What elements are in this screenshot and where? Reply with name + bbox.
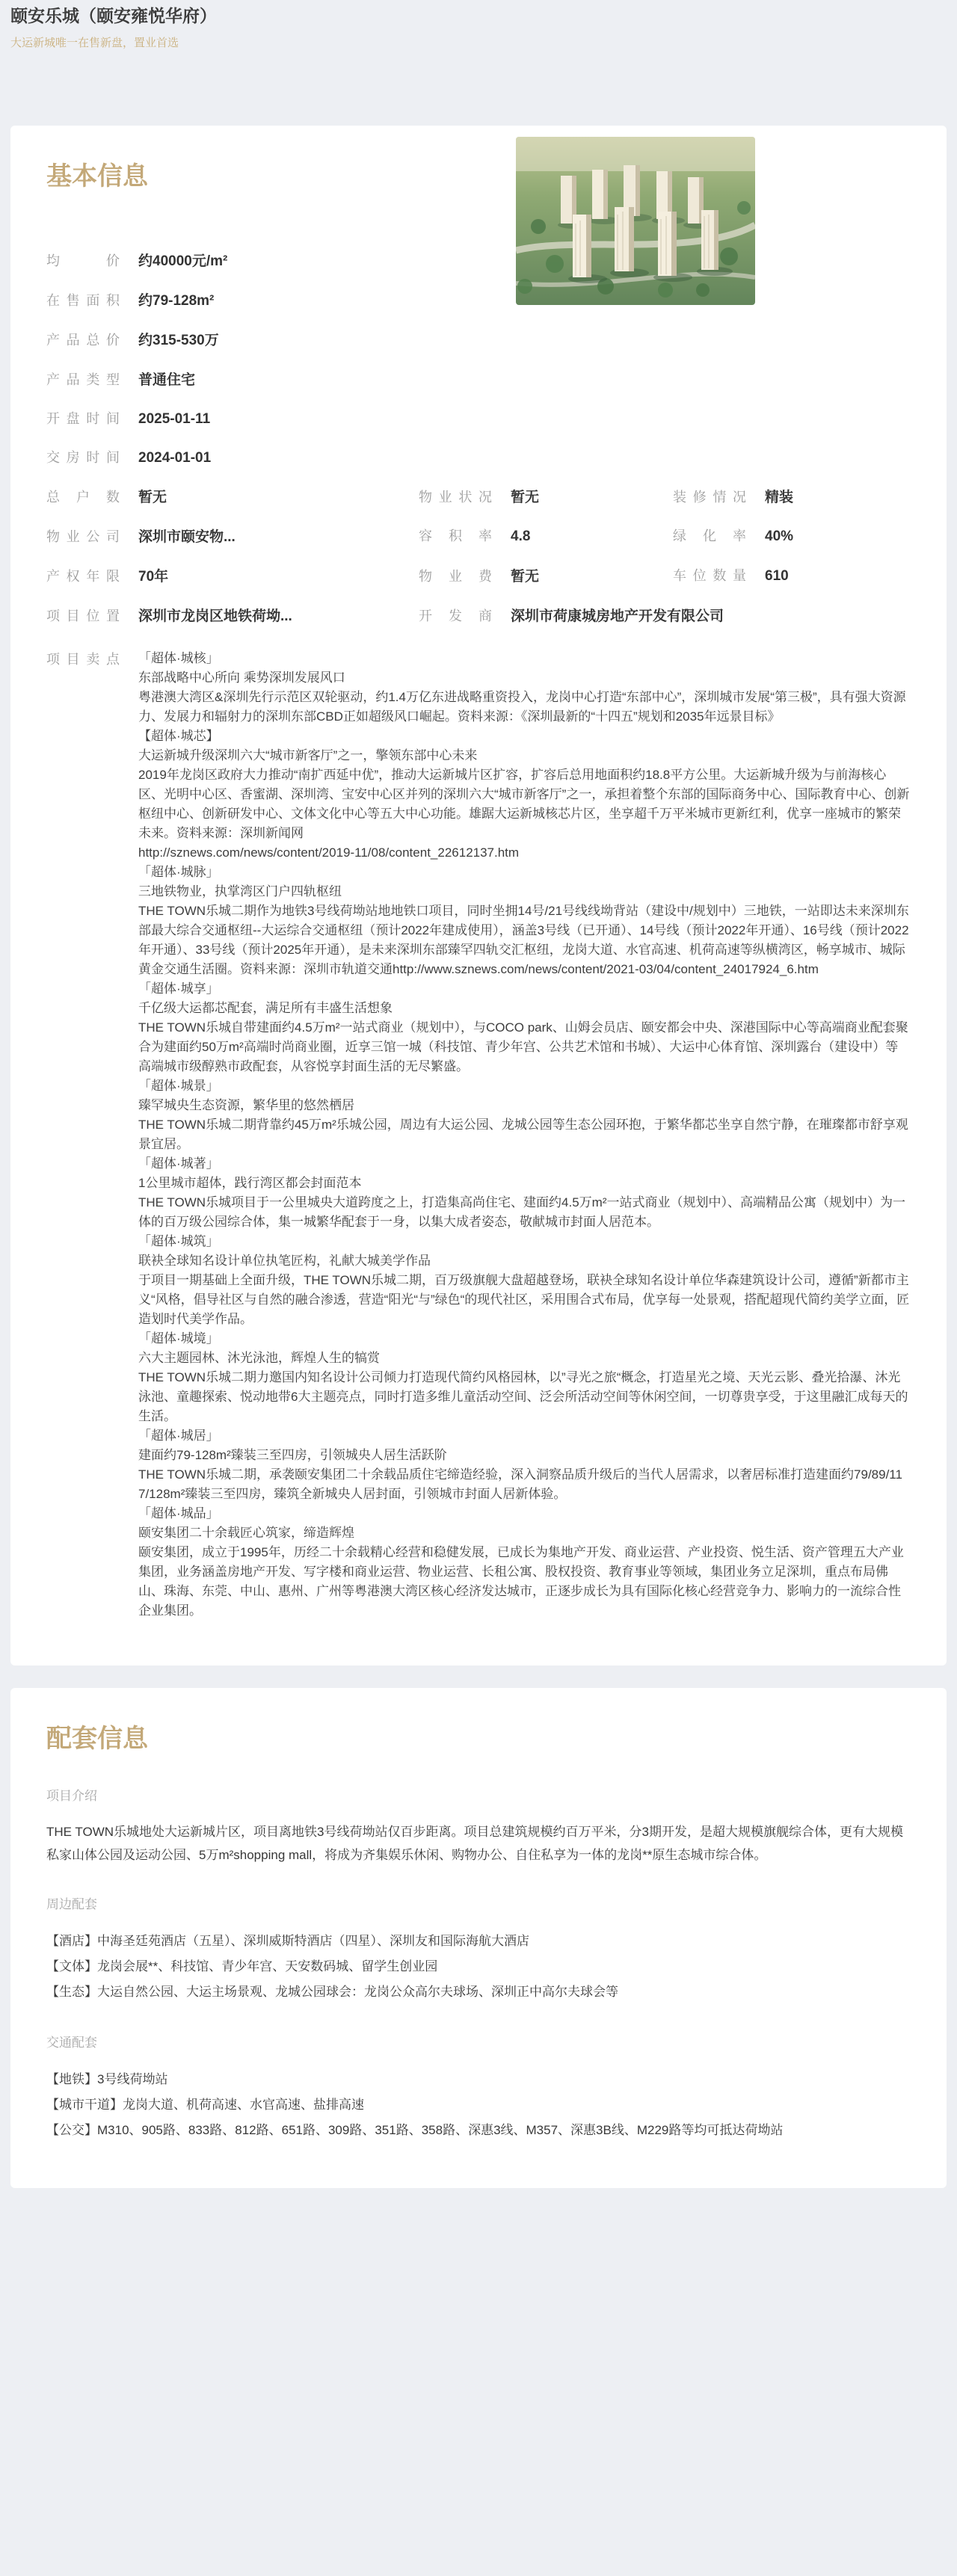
project-intro-text: THE TOWN乐城地处大运新城片区，项目离地铁3号线荷坳站仅百步距离。项目总建… — [46, 1820, 911, 1867]
field-row-location-developer: 项目位置 深圳市龙岗区地铁荷坳... 开发商 深圳市荷康城房地产开发有限公司 — [46, 605, 911, 625]
opening-date-value: 2025-01-11 — [138, 411, 210, 428]
location-label: 项目位置 — [46, 606, 120, 625]
total-households-value: 暂无 — [138, 486, 167, 506]
tenure-value: 70年 — [138, 565, 168, 585]
transport-line-bus: 【公交】M310、905路、833路、812路、651路、309路、351路、3… — [46, 2118, 911, 2143]
nearby-facilities-list: 【酒店】中海圣廷苑酒店（五星）、深圳威斯特酒店（四星）、深圳友和国际海航大酒店 … — [46, 1929, 911, 2005]
developer-label: 开发商 — [419, 606, 492, 625]
selling-points-text: 「超体·城核」 东部战略中心所向 乘势深圳发展风口 粤港澳大湾区&深圳先行示范区… — [138, 649, 911, 1621]
field-row-total-price: 产品总价 约315-530万 — [46, 329, 911, 349]
parking-spaces-label: 车位数量 — [673, 565, 746, 585]
page-header: 颐安乐城（颐安雍悦华府） 大运新城唯一在售新盘，置业首选 — [0, 0, 957, 51]
field-property-company: 物业公司 深圳市颐安物... — [46, 526, 419, 546]
delivery-date-value: 2024-01-01 — [138, 450, 211, 466]
transport-line-roads: 【城市干道】龙岗大道、机荷高速、水官高速、盐排高速 — [46, 2092, 911, 2118]
product-type-label: 产品类型 — [46, 369, 120, 389]
field-location: 项目位置 深圳市龙岗区地铁荷坳... — [46, 605, 419, 625]
field-row-delivery-date: 交房时间 2024-01-01 — [46, 447, 911, 466]
field-row-households-status-decoration: 总户数 暂无 物业状况 暂无 装修情况 精装 — [46, 486, 911, 506]
page-subtitle: 大运新城唯一在售新盘，置业首选 — [10, 36, 947, 51]
plot-ratio-label: 容积率 — [419, 526, 492, 545]
product-type-value: 普通住宅 — [138, 369, 195, 389]
decoration-value: 精装 — [765, 486, 793, 506]
field-parking-spaces: 车位数量 610 — [673, 565, 911, 585]
field-row-selling-points: 项目卖点 「超体·城核」 东部战略中心所向 乘势深圳发展风口 粤港澳大湾区&深圳… — [46, 649, 911, 1621]
property-company-value: 深圳市颐安物... — [138, 526, 236, 546]
nearby-line-ecology: 【生态】大运自然公园、大运主场景观、龙城公园球会：龙岗公众高尔夫球场、深圳正中高… — [46, 1979, 911, 2005]
delivery-date-label: 交房时间 — [46, 447, 120, 466]
facilities-card: 配套信息 项目介绍 THE TOWN乐城地处大运新城片区，项目离地铁3号线荷坳站… — [10, 1688, 947, 2188]
property-status-value: 暂无 — [511, 486, 539, 506]
property-fee-value: 暂无 — [511, 565, 539, 585]
field-row-tenure-fee-parking: 产权年限 70年 物业费 暂无 车位数量 610 — [46, 565, 911, 585]
field-row-product-type: 产品类型 普通住宅 — [46, 369, 911, 389]
transport-line-metro: 【地铁】3号线荷坳站 — [46, 2067, 911, 2092]
sale-area-label: 在售面积 — [46, 290, 120, 309]
project-aerial-image — [516, 137, 755, 305]
location-value: 深圳市龙岗区地铁荷坳... — [138, 605, 292, 625]
field-row-avg-price: 均价 约40000元/m² — [46, 250, 911, 270]
greening-rate-value: 40% — [765, 529, 793, 545]
field-row-opening-date: 开盘时间 2025-01-11 — [46, 408, 911, 428]
field-property-fee: 物业费 暂无 — [419, 565, 673, 585]
field-decoration: 装修情况 精装 — [673, 486, 911, 506]
field-row-company-ratio-greening: 物业公司 深圳市颐安物... 容积率 4.8 绿化率 40% — [46, 526, 911, 546]
sale-area-value: 约79-128m² — [138, 289, 214, 309]
tenure-label: 产权年限 — [46, 566, 120, 585]
decoration-label: 装修情况 — [673, 487, 746, 506]
transport-facilities-label: 交通配套 — [46, 2032, 911, 2050]
total-households-label: 总户数 — [46, 487, 120, 506]
greening-rate-label: 绿化率 — [673, 526, 746, 545]
basic-info-card: 基本信息 — [10, 126, 947, 1666]
nearby-line-hotel: 【酒店】中海圣廷苑酒店（五星）、深圳威斯特酒店（四星）、深圳友和国际海航大酒店 — [46, 1929, 911, 1954]
avg-price-label: 均价 — [46, 250, 120, 270]
total-price-label: 产品总价 — [46, 330, 120, 349]
aerial-rendering-graphic — [516, 137, 755, 305]
opening-date-label: 开盘时间 — [46, 408, 120, 428]
selling-points-label: 项目卖点 — [46, 649, 120, 1621]
developer-value: 深圳市荷康城房地产开发有限公司 — [511, 605, 724, 625]
field-property-status: 物业状况 暂无 — [419, 486, 673, 506]
parking-spaces-value: 610 — [765, 568, 789, 585]
field-row-sale-area: 在售面积 约79-128m² — [46, 289, 911, 309]
property-company-label: 物业公司 — [46, 526, 120, 546]
page-title: 颐安乐城（颐安雍悦华府） — [10, 4, 947, 27]
basic-info-section-title: 基本信息 — [46, 160, 911, 193]
plot-ratio-value: 4.8 — [511, 529, 530, 545]
transport-facilities-list: 【地铁】3号线荷坳站 【城市干道】龙岗大道、机荷高速、水官高速、盐排高速 【公交… — [46, 2067, 911, 2143]
facilities-section-title: 配套信息 — [46, 1722, 911, 1755]
avg-price-value: 约40000元/m² — [138, 250, 227, 270]
property-fee-label: 物业费 — [419, 566, 492, 585]
field-tenure: 产权年限 70年 — [46, 565, 419, 585]
field-greening-rate: 绿化率 40% — [673, 526, 911, 546]
field-plot-ratio: 容积率 4.8 — [419, 526, 673, 546]
field-total-households: 总户数 暂无 — [46, 486, 419, 506]
nearby-facilities-label: 周边配套 — [46, 1894, 911, 1912]
nearby-line-culture-sports: 【文体】龙岗会展**、科技馆、青少年宫、天安数码城、留学生创业园 — [46, 1954, 911, 1979]
property-status-label: 物业状况 — [419, 487, 492, 506]
project-intro-label: 项目介绍 — [46, 1785, 911, 1804]
total-price-value: 约315-530万 — [138, 329, 219, 349]
field-developer: 开发商 深圳市荷康城房地产开发有限公司 — [419, 605, 911, 625]
